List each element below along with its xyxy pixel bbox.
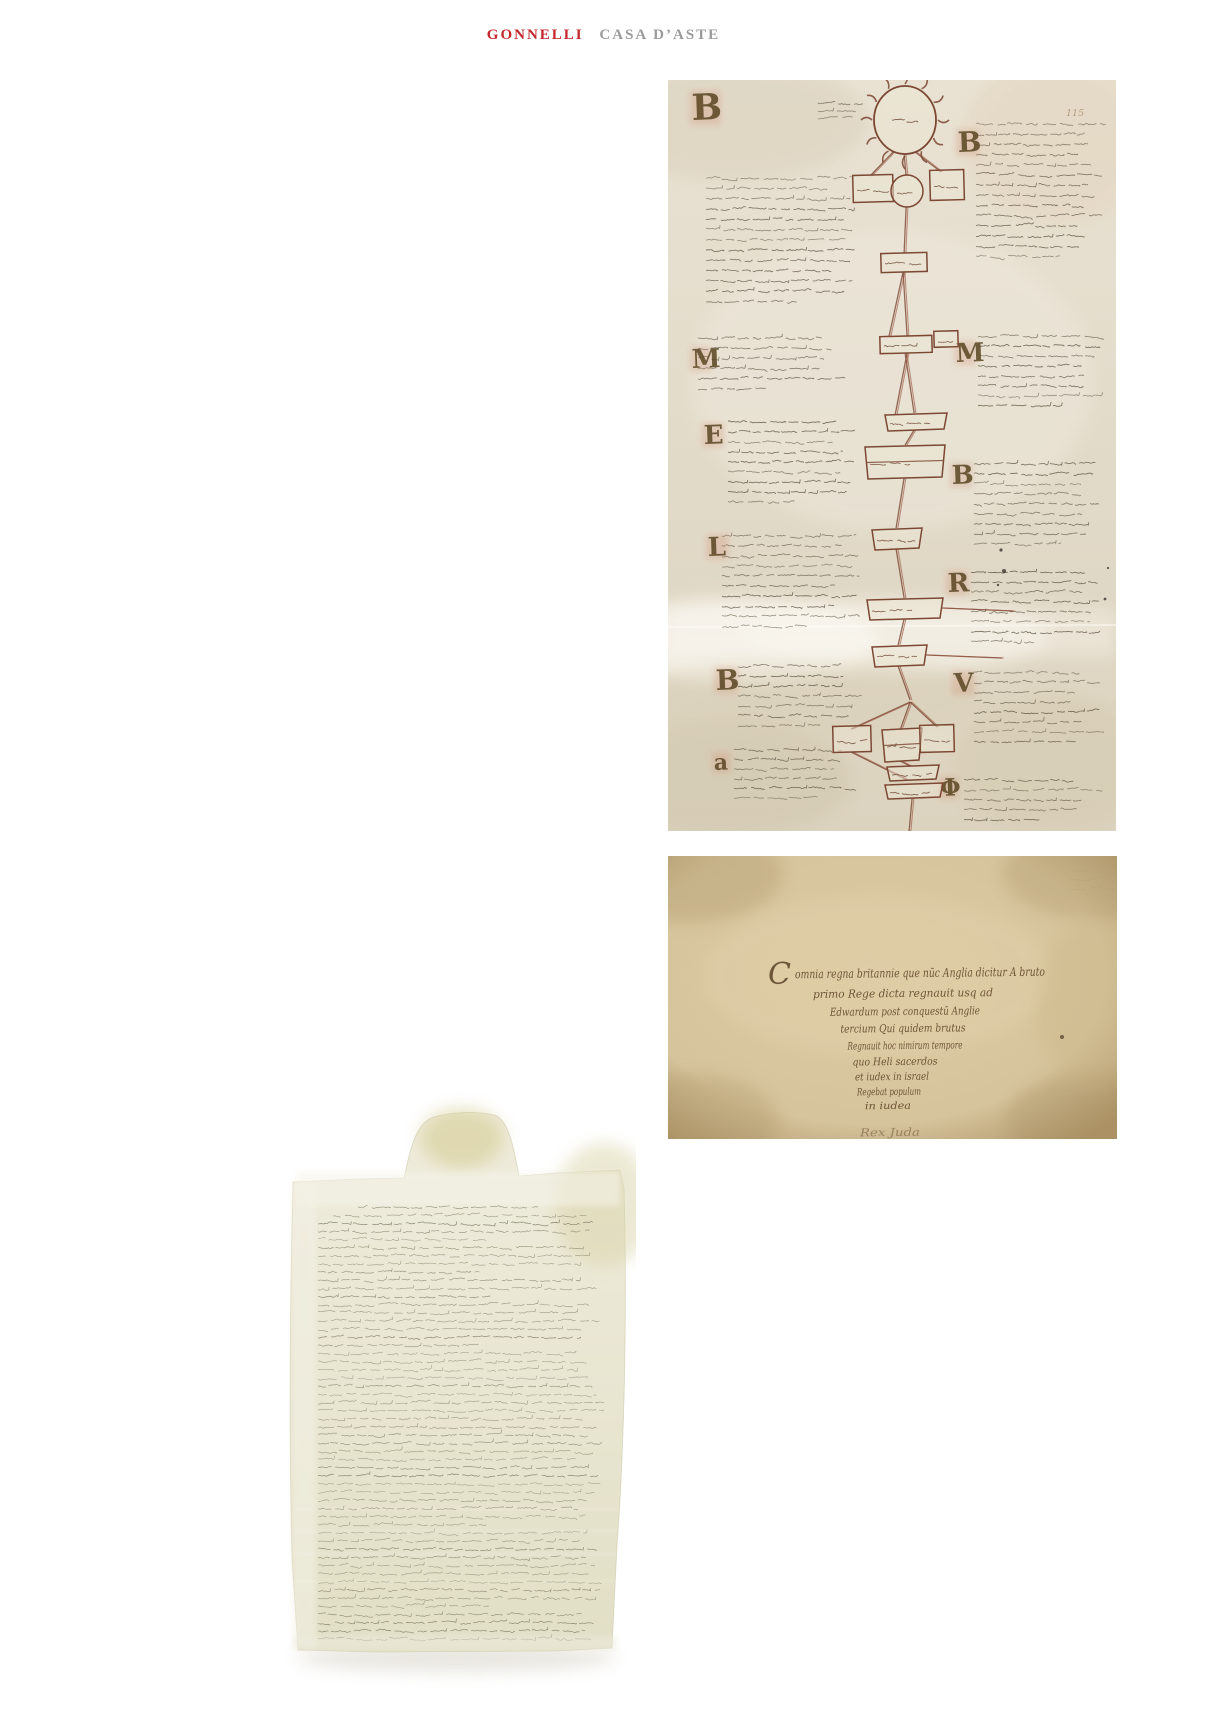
latin-inscription-parchment-photo: Comnia regna britannie que nūc Anglia di…	[668, 856, 1117, 1139]
svg-text:B: B	[957, 125, 982, 159]
latin-inscription-drawing: Comnia regna britannie que nūc Anglia di…	[668, 856, 1117, 1139]
charter-parchment-photo	[256, 1000, 636, 1700]
svg-text:a: a	[713, 750, 728, 776]
svg-text:V: V	[952, 668, 975, 699]
folio-number: 115	[1066, 108, 1084, 119]
svg-text:B: B	[715, 663, 740, 697]
svg-text:B: B	[951, 460, 974, 491]
catalog-page: GONNELLI CASA D’ASTE BMELBaBMBRVΦ115 Com…	[0, 0, 1207, 1733]
inscription-line: Edwardum post conquestū Anglie	[829, 1004, 980, 1019]
genealogical-tree-manuscript-photo: BMELBaBMBRVΦ115	[668, 80, 1116, 831]
inscription-line: Regnauit hoc nimirum tempore	[847, 1039, 963, 1052]
svg-text:R: R	[947, 568, 970, 599]
inscription-line: et iudex in israel	[855, 1071, 929, 1084]
inscription-line: primo Rege dicta regnauit usq ad	[813, 986, 993, 1001]
genealogical-tree-drawing: BMELBaBMBRVΦ115	[668, 80, 1116, 831]
inscription-line: Regebat populum	[856, 1087, 921, 1099]
svg-text:L: L	[707, 532, 726, 563]
svg-text:M: M	[691, 344, 721, 375]
charter-drawing	[256, 1000, 636, 1700]
svg-text:M: M	[955, 338, 985, 369]
brand-name: GONNELLI	[487, 27, 584, 43]
svg-text:E: E	[703, 420, 724, 451]
inscription-line: in iudea	[865, 1101, 911, 1112]
inscription-line: omnia regna britannie que nūc Anglia dic…	[795, 965, 1045, 982]
page-header: GONNELLI CASA D’ASTE	[0, 27, 1207, 44]
drop-cap: C	[768, 957, 791, 992]
inscription-line: Rex Juda	[859, 1126, 920, 1139]
inscription-line: tercium Qui quidem brutus	[840, 1021, 965, 1035]
inscription-line: quo Heli sacerdos	[852, 1056, 938, 1069]
brand-suffix: CASA D’ASTE	[599, 27, 720, 43]
svg-text:B: B	[691, 86, 723, 129]
